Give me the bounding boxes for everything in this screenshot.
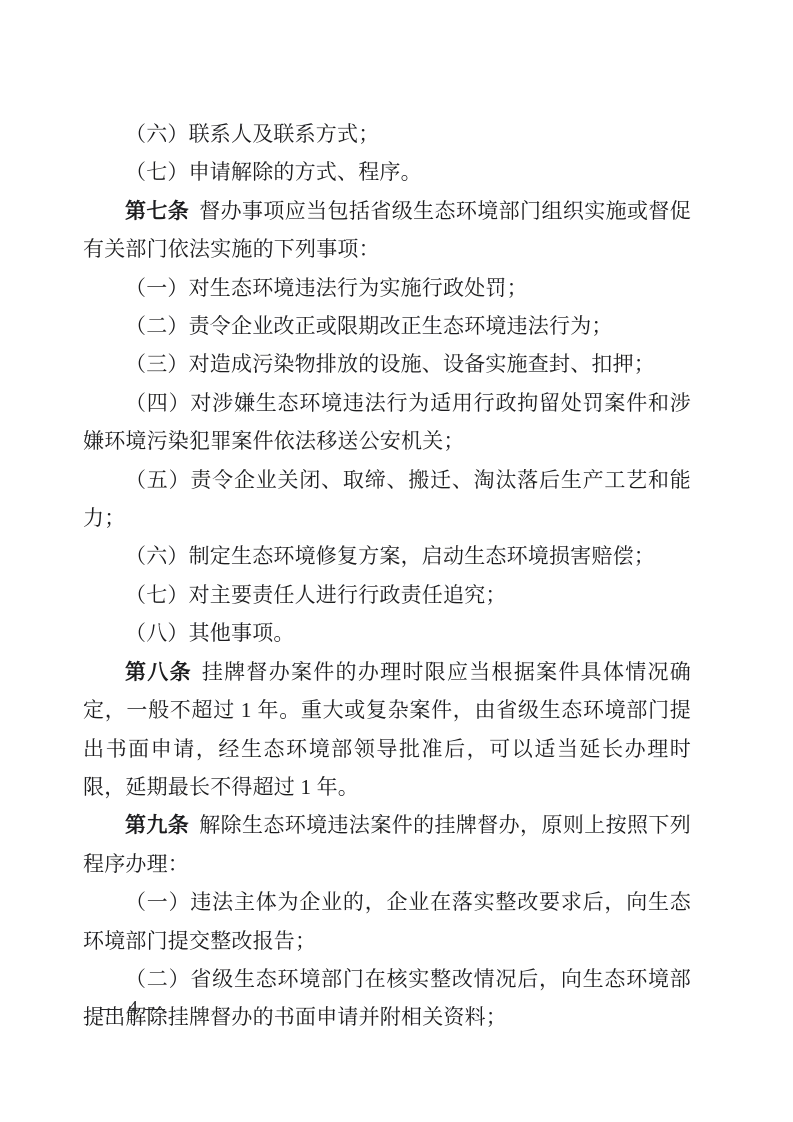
paragraph-text: （五）责令企业关闭、取缔、搬迁、淘汰落后生产工艺和能力； [83,468,691,530]
article-number-label: 第八条 [125,660,192,684]
paragraph-item-3: （三）对造成污染物排放的设施、设备实施查封、扣押； [83,345,691,383]
paragraph-article-9: 第九条解除生态环境违法案件的挂牌督办，原则上按照下列程序办理： [83,806,691,883]
paragraph-text: （六）联系人及联系方式； [125,122,379,146]
paragraph-text: （二）省级生态环境部门在核实整改情况后，向生态环境部提出解除挂牌督办的书面申请并… [83,967,691,1029]
paragraph-text: （七）申请解除的方式、程序。 [125,160,422,184]
paragraph-item-7: （七）申请解除的方式、程序。 [83,153,691,191]
paragraph-item-8: （八）其他事项。 [83,614,691,652]
paragraph-text: （六）制定生态环境修复方案，启动生态环境损害赔偿； [125,544,655,568]
paragraph-proc-1: （一）违法主体为企业的，企业在落实整改要求后，向生态环境部门提交整改报告； [83,883,691,960]
article-number-label: 第九条 [125,813,189,837]
paragraph-item-4: （四）对涉嫌生态环境违法行为适用行政拘留处罚案件和涉嫌环境污染犯罪案件依法移送公… [83,384,691,461]
paragraph-proc-2: （二）省级生态环境部门在核实整改情况后，向生态环境部提出解除挂牌督办的书面申请并… [83,960,691,1037]
paragraph-item-6: （六）联系人及联系方式； [83,115,691,153]
paragraph-item-5: （五）责令企业关闭、取缔、搬迁、淘汰落后生产工艺和能力； [83,461,691,538]
paragraph-item-7b: （七）对主要责任人进行行政责任追究； [83,576,691,614]
paragraph-text: （七）对主要责任人进行行政责任追究； [125,583,507,607]
paragraph-text: （一）违法主体为企业的，企业在落实整改要求后，向生态环境部门提交整改报告； [83,890,691,952]
paragraph-text: （一）对生态环境违法行为实施行政处罚； [125,276,528,300]
document-body: （六）联系人及联系方式； （七）申请解除的方式、程序。 第七条督办事项应当包括省… [83,115,691,1037]
article-number-label: 第七条 [125,199,189,223]
paragraph-text: （三）对造成污染物排放的设施、设备实施查封、扣押； [125,352,655,376]
paragraph-item-6b: （六）制定生态环境修复方案，启动生态环境损害赔偿； [83,537,691,575]
paragraph-item-2: （二）责令企业改正或限期改正生态环境违法行为； [83,307,691,345]
paragraph-text: （四）对涉嫌生态环境违法行为适用行政拘留处罚案件和涉嫌环境污染犯罪案件依法移送公… [83,391,691,453]
paragraph-article-7: 第七条督办事项应当包括省级生态环境部门组织实施或督促有关部门依法实施的下列事项： [83,192,691,269]
page-number: — 4 — [101,997,166,1020]
paragraph-item-1: （一）对生态环境违法行为实施行政处罚； [83,269,691,307]
paragraph-article-8: 第八条挂牌督办案件的办理时限应当根据案件具体情况确定，一般不超过 1 年。重大或… [83,653,691,807]
document-page: （六）联系人及联系方式； （七）申请解除的方式、程序。 第七条督办事项应当包括省… [0,0,793,1122]
paragraph-text: （二）责令企业改正或限期改正生态环境违法行为； [125,314,613,338]
paragraph-text: （八）其他事项。 [125,621,295,645]
